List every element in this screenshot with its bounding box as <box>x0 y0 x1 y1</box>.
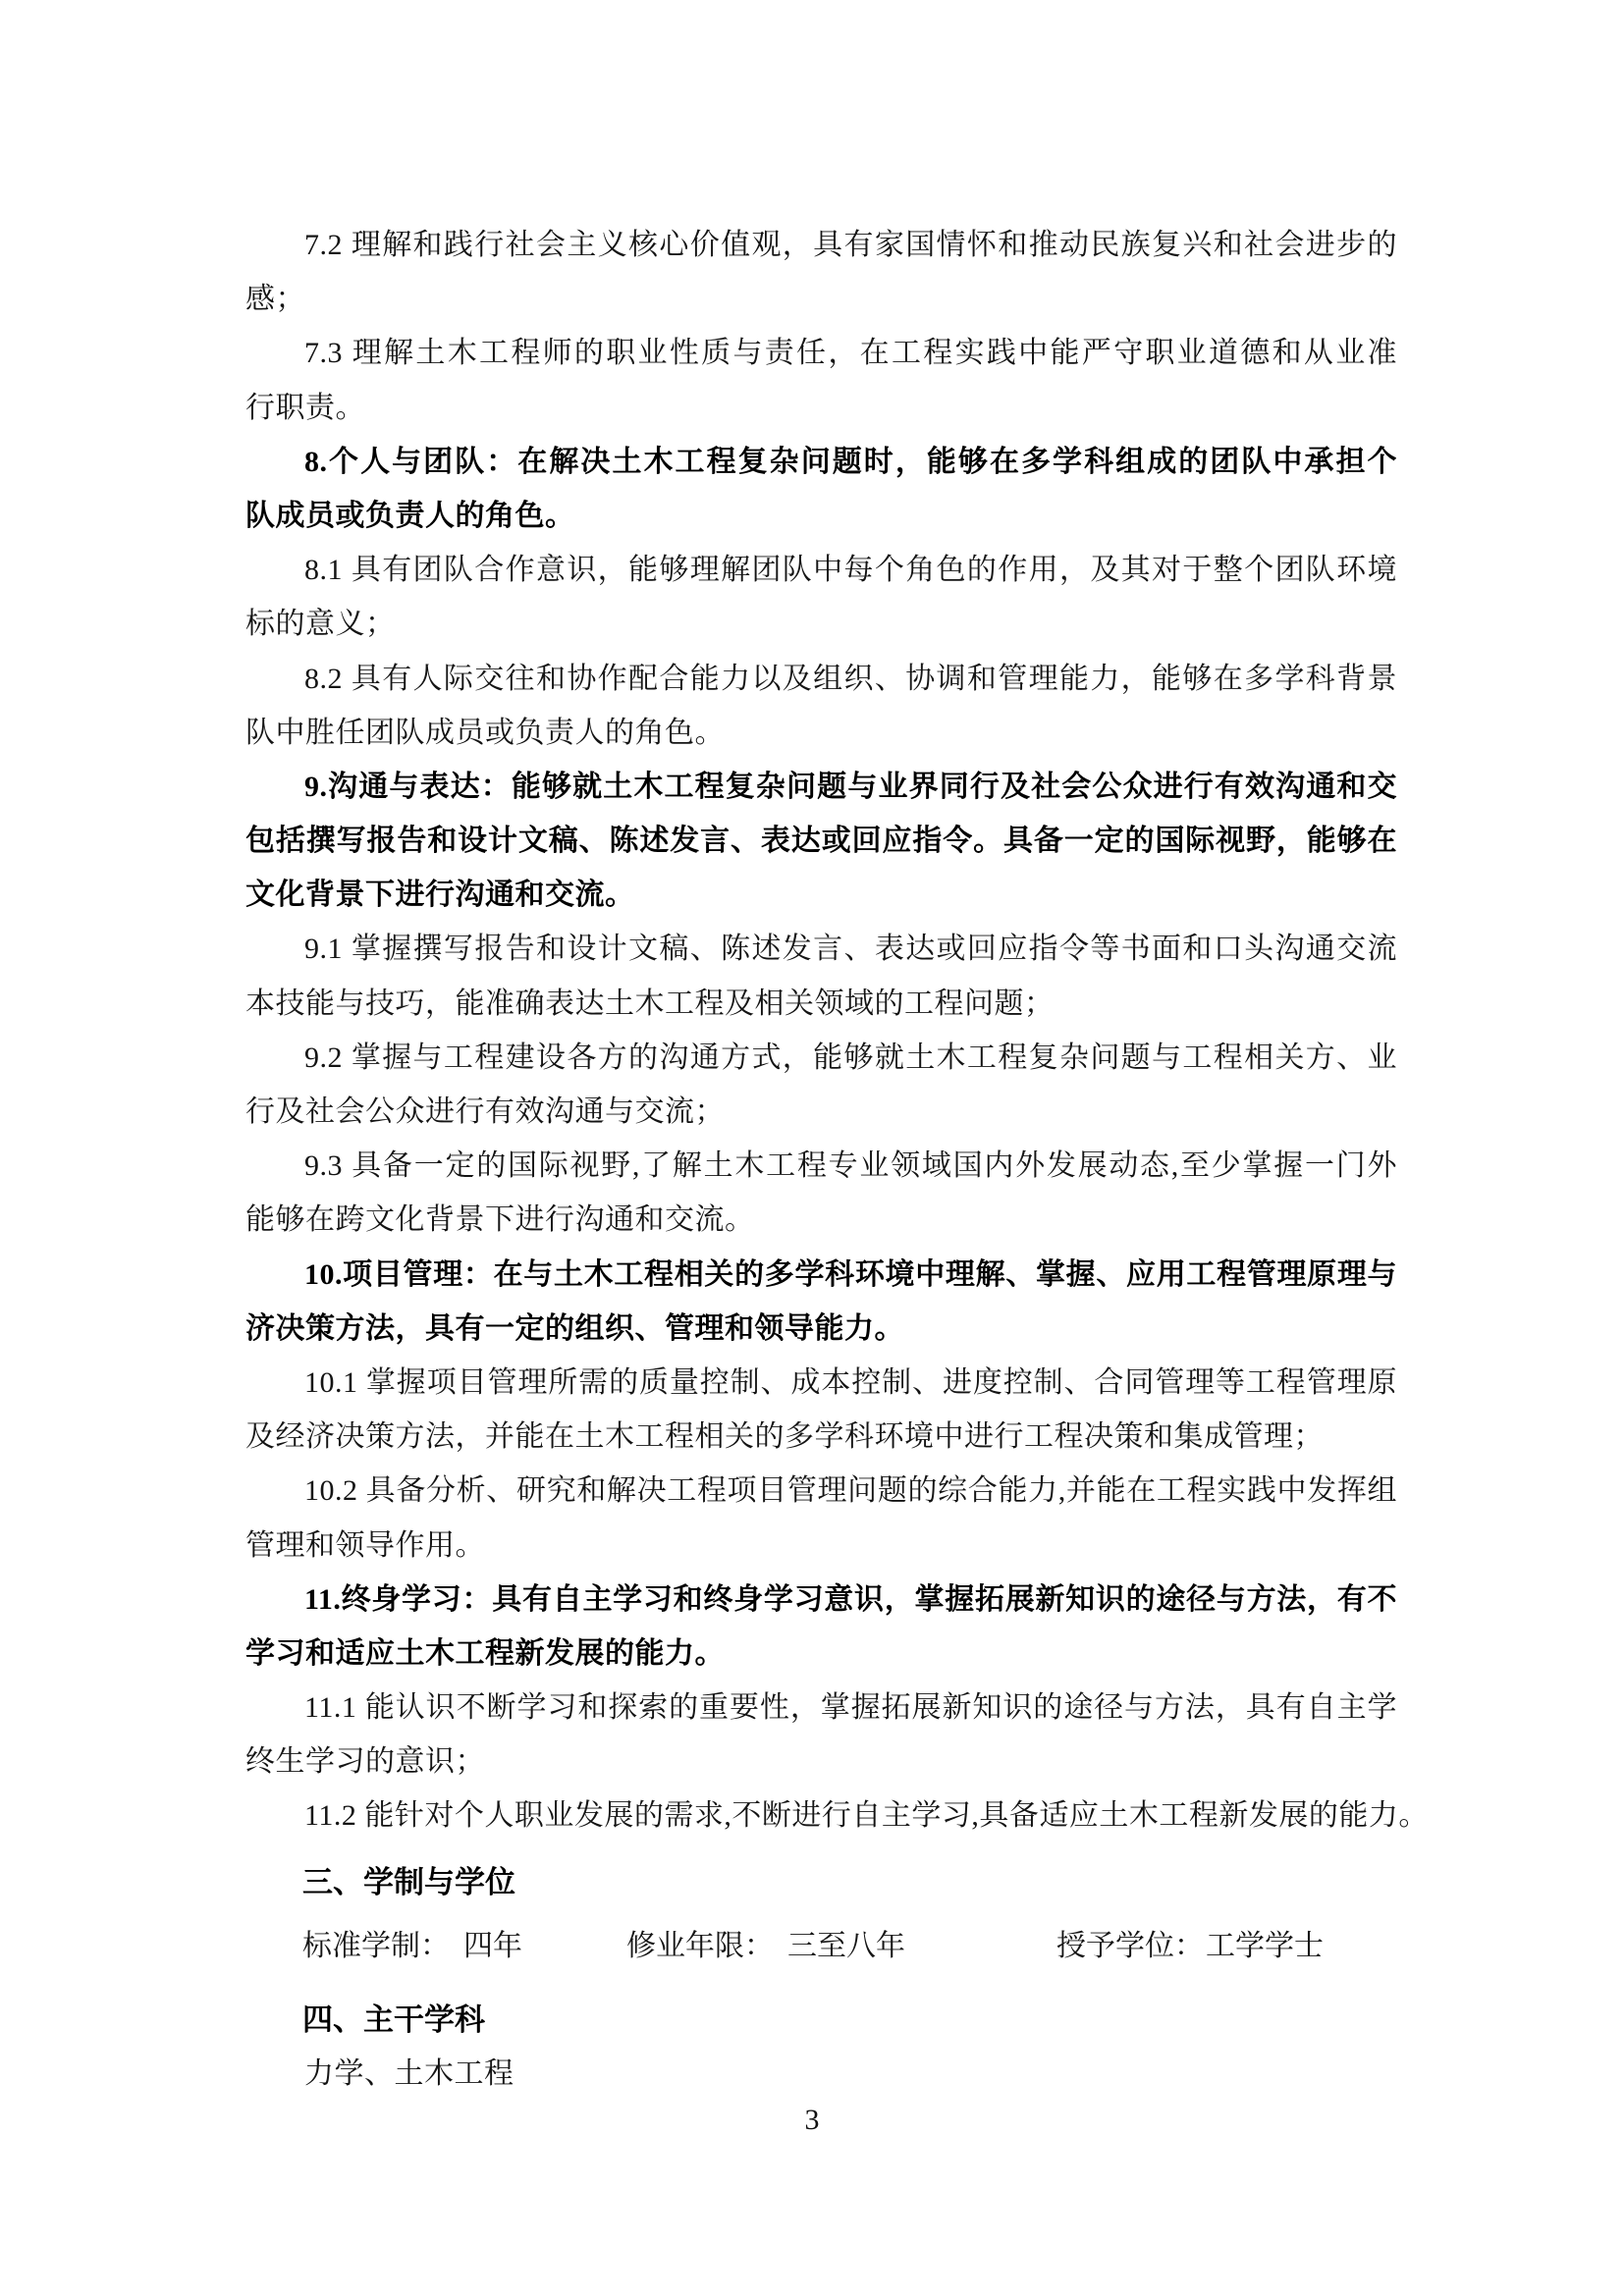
text-line: 7.3 理解土木工程师的职业性质与责任，在工程实践中能严守职业道德和从业准则，履 <box>245 326 1397 380</box>
text-line: 感； <box>245 272 1397 326</box>
text-line: 能够在跨文化背景下进行沟通和交流。 <box>245 1193 1397 1247</box>
text-line: 力学、土木工程 <box>245 2047 1397 2101</box>
body-paragraph: 8.2 具有人际交往和协作配合能力以及组织、协调和管理能力，能够在多学科背景的团… <box>245 652 1397 760</box>
text-line: 10.项目管理：在与土木工程相关的多学科环境中理解、掌握、应用工程管理原理与经 <box>245 1248 1397 1302</box>
body-paragraph: 10.1 掌握项目管理所需的质量控制、成本控制、进度控制、合同管理等工程管理原理… <box>245 1356 1397 1464</box>
text-line: 及经济决策方法，并能在土木工程相关的多学科环境中进行工程决策和集成管理； <box>245 1410 1397 1464</box>
body-paragraph: 11.2 能针对个人职业发展的需求,不断进行自主学习,具备适应土木工程新发展的能… <box>245 1789 1397 1842</box>
body-paragraph: 8.1 具有团队合作意识，能够理解团队中每个角色的作用，及其对于整个团队环境和目… <box>245 543 1397 651</box>
document-body: 7.2 理解和践行社会主义核心价值观，具有家国情怀和推动民族复兴和社会进步的责任… <box>245 218 1397 2101</box>
text-line: 队中胜任团队成员或负责人的角色。 <box>245 706 1397 760</box>
text-line: 8.2 具有人际交往和协作配合能力以及组织、协调和管理能力，能够在多学科背景的团 <box>245 652 1397 706</box>
outcome-heading-paragraph: 9.沟通与表达：能够就土木工程复杂问题与业界同行及社会公众进行有效沟通和交流，包… <box>245 760 1397 923</box>
text-line: 终生学习的意识； <box>245 1735 1397 1789</box>
text-line: 队成员或负责人的角色。 <box>245 489 1397 543</box>
body-paragraph: 9.1 掌握撰写报告和设计文稿、陈述发言、表达或回应指令等书面和口头沟通交流的基… <box>245 922 1397 1030</box>
text-line: 文化背景下进行沟通和交流。 <box>245 868 1397 922</box>
body-paragraph: 7.2 理解和践行社会主义核心价值观，具有家国情怀和推动民族复兴和社会进步的责任… <box>245 218 1397 326</box>
text-line: 标的意义； <box>245 597 1397 651</box>
document-page: 7.2 理解和践行社会主义核心价值观，具有家国情怀和推动民族复兴和社会进步的责任… <box>0 0 1624 2296</box>
outcome-heading-paragraph: 8.个人与团队：在解决土木工程复杂问题时，能够在多学科组成的团队中承担个体、团队… <box>245 435 1397 543</box>
text-line: 9.1 掌握撰写报告和设计文稿、陈述发言、表达或回应指令等书面和口头沟通交流的基 <box>245 922 1397 976</box>
outcome-heading-paragraph: 10.项目管理：在与土木工程相关的多学科环境中理解、掌握、应用工程管理原理与经济… <box>245 1248 1397 1356</box>
text-line: 11.2 能针对个人职业发展的需求,不断进行自主学习,具备适应土木工程新发展的能… <box>245 1789 1397 1842</box>
degree-item-label: 标准学制： <box>302 1930 450 1962</box>
text-line: 本技能与技巧，能准确表达土木工程及相关领域的工程问题； <box>245 977 1397 1031</box>
text-line: 8.1 具有团队合作意识，能够理解团队中每个角色的作用，及其对于整个团队环境和目 <box>245 543 1397 597</box>
text-line: 包括撰写报告和设计文稿、陈述发言、表达或回应指令。具备一定的国际视野，能够在跨 <box>245 814 1397 868</box>
degree-item: 授予学位：工学学士 <box>1056 1919 1324 1973</box>
degree-info-row: 标准学制：四年修业年限：三至八年授予学位：工学学士 <box>245 1919 1397 1973</box>
degree-item-label: 授予学位： <box>1056 1930 1204 1962</box>
outcome-heading-paragraph: 11.终身学习：具有自主学习和终身学习意识，掌握拓展新知识的途径与方法，有不断学… <box>245 1573 1397 1681</box>
text-line: 10.2 具备分析、研究和解决工程项目管理问题的综合能力,并能在工程实践中发挥组… <box>245 1464 1397 1518</box>
body-paragraph: 11.1 能认识不断学习和探索的重要性，掌握拓展新知识的途径与方法，具有自主学习… <box>245 1681 1397 1789</box>
body-paragraph: 9.2 掌握与工程建设各方的沟通方式，能够就土木工程复杂问题与工程相关方、业界同… <box>245 1031 1397 1139</box>
degree-item: 修业年限：三至八年 <box>626 1919 905 1973</box>
text-line: 10.1 掌握项目管理所需的质量控制、成本控制、进度控制、合同管理等工程管理原理 <box>245 1356 1397 1410</box>
body-paragraph: 7.3 理解土木工程师的职业性质与责任，在工程实践中能严守职业道德和从业准则，履… <box>245 326 1397 434</box>
degree-item-value: 四年 <box>463 1930 522 1962</box>
degree-item: 标准学制：四年 <box>302 1919 522 1973</box>
body-paragraph: 10.2 具备分析、研究和解决工程项目管理问题的综合能力,并能在工程实践中发挥组… <box>245 1464 1397 1572</box>
text-line: 11.终身学习：具有自主学习和终身学习意识，掌握拓展新知识的途径与方法，有不断 <box>245 1573 1397 1627</box>
text-line: 行职责。 <box>245 381 1397 435</box>
text-line: 11.1 能认识不断学习和探索的重要性，掌握拓展新知识的途径与方法，具有自主学习… <box>245 1681 1397 1735</box>
text-line: 管理和领导作用。 <box>245 1519 1397 1573</box>
section-heading-zhugan: 四、主干学科 <box>245 1993 1397 2047</box>
text-line: 7.2 理解和践行社会主义核心价值观，具有家国情怀和推动民族复兴和社会进步的责任 <box>245 218 1397 272</box>
degree-item-label: 修业年限： <box>626 1930 774 1962</box>
degree-item-value: 三至八年 <box>787 1930 905 1962</box>
text-line: 9.沟通与表达：能够就土木工程复杂问题与业界同行及社会公众进行有效沟通和交流， <box>245 760 1397 814</box>
body-paragraph: 力学、土木工程 <box>245 2047 1397 2101</box>
text-line: 济决策方法，具有一定的组织、管理和领导能力。 <box>245 1302 1397 1356</box>
text-line: 8.个人与团队：在解决土木工程复杂问题时，能够在多学科组成的团队中承担个体、团 <box>245 435 1397 489</box>
text-line: 9.2 掌握与工程建设各方的沟通方式，能够就土木工程复杂问题与工程相关方、业界同 <box>245 1031 1397 1085</box>
text-line: 行及社会公众进行有效沟通与交流； <box>245 1085 1397 1139</box>
text-line: 学习和适应土木工程新发展的能力。 <box>245 1627 1397 1681</box>
page-number: 3 <box>0 2104 1624 2137</box>
degree-item-value: 工学学士 <box>1206 1930 1324 1962</box>
text-line: 9.3 具备一定的国际视野,了解土木工程专业领域国内外发展动态,至少掌握一门外语… <box>245 1139 1397 1193</box>
section-heading-xuezhi: 三、学制与学位 <box>245 1855 1397 1909</box>
body-paragraph: 9.3 具备一定的国际视野,了解土木工程专业领域国内外发展动态,至少掌握一门外语… <box>245 1139 1397 1247</box>
